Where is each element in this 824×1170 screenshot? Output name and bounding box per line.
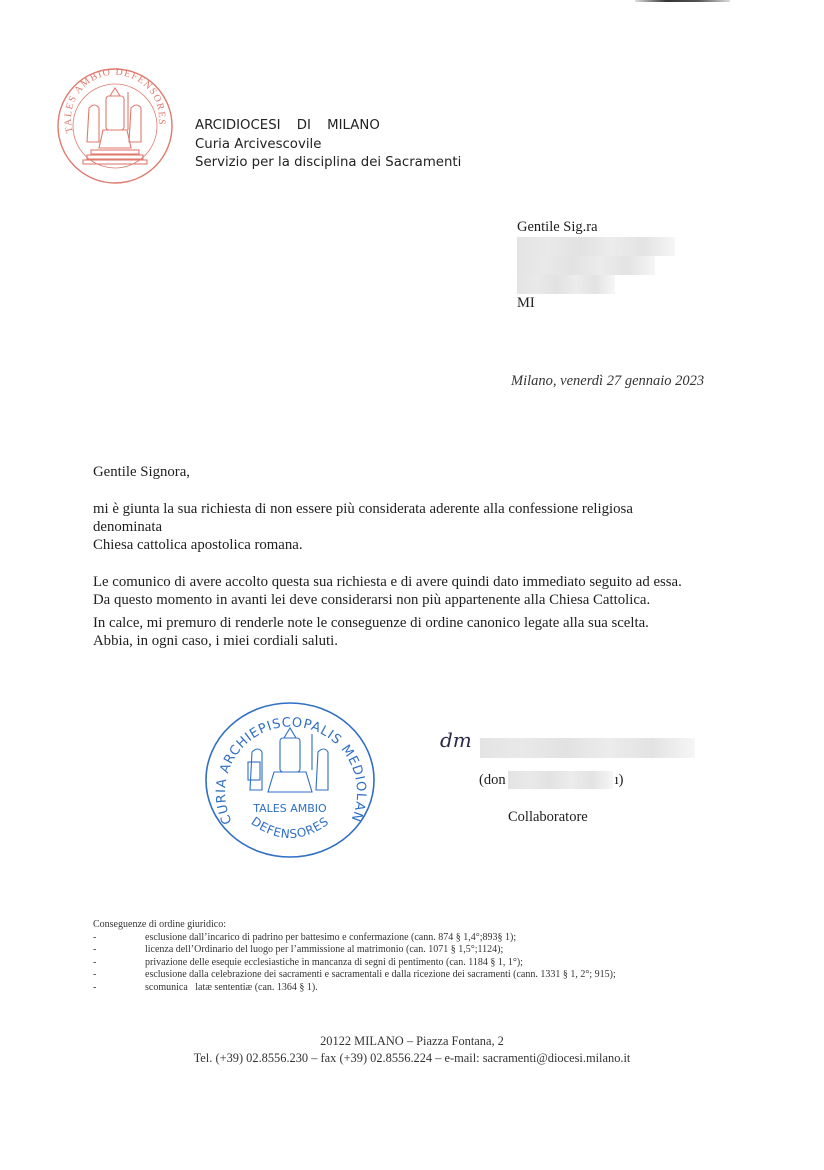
signatory-prefix: (don [479,772,506,789]
curia-stamp-icon: CURIA ARCHIEPISCOPALIS MEDIOLANI TALES A… [202,700,377,860]
paragraph-line: Chiesa cattolica apostolica romana. [93,536,633,554]
letterhead-diocese: ARCIDIOCESI DI MILANO [195,117,461,136]
list-item: -licenza dell’Ordinario del luogo per l’… [93,944,616,957]
legal-consequences: Conseguenze di ordine giuridico: -esclus… [93,919,616,995]
paragraph-line: Le comunico di avere accolto questa sua … [93,573,682,591]
recipient-block: Gentile Sig.ra MI [517,218,675,313]
signatory-name: (don ı) [479,771,623,789]
letterhead: ARCIDIOCESI DI MILANO Curia Arcivescovil… [195,117,461,173]
diocese-seal-icon: TALES AMBIO DEFENSORES [55,66,175,186]
paragraph-line: In calce, mi premuro di renderle note le… [93,614,649,632]
redacted-signature-name [480,738,695,758]
scan-artifact [635,0,730,2]
letterhead-curia: Curia Arcivescovile [195,136,461,155]
footer-contacts: Tel. (+39) 02.8556.230 – fax (+39) 02.85… [0,1050,824,1067]
list-item: -esclusione dall’incarico di padrino per… [93,932,616,945]
letter-date: Milano, venerdì 27 gennaio 2023 [511,373,704,390]
paragraph-request: mi è giunta la sua richiesta di non esse… [93,500,633,554]
redacted-name [517,237,675,256]
paragraph-line: denominata [93,518,633,536]
list-item: -scomunica latæ sententiæ (can. 1364 § 1… [93,982,616,995]
redacted-postal [517,275,615,294]
handwritten-signature: dm [440,728,472,752]
notes-title: Conseguenze di ordine giuridico: [93,919,616,932]
greeting: Gentile Signora, [93,463,190,481]
svg-text:DEFENSORES: DEFENSORES [249,814,332,841]
list-item: -esclusione dalla celebrazione dei sacra… [93,969,616,982]
paragraph-line: mi è giunta la sua richiesta di non esse… [93,500,633,518]
recipient-salutation: Gentile Sig.ra [517,218,675,237]
paragraph-acceptance: Le comunico di avere accolto questa sua … [93,573,682,609]
svg-text:TALES AMBIO DEFENSORES: TALES AMBIO DEFENSORES [63,67,167,134]
footer: 20122 MILANO – Piazza Fontana, 2 Tel. (+… [0,1033,824,1067]
signatory-role: Collaboratore [508,809,588,826]
paragraph-line: Abbia, in ogni caso, i miei cordiali sal… [93,632,649,650]
paragraph-line: Da questo momento in avanti lei deve con… [93,591,682,609]
redacted-street [517,256,655,275]
list-item: -privazione delle esequie ecclesiastiche… [93,957,616,970]
svg-text:TALES AMBIO: TALES AMBIO [252,802,327,815]
footer-address: 20122 MILANO – Piazza Fontana, 2 [0,1033,824,1050]
letterhead-service: Servizio per la disciplina dei Sacrament… [195,154,461,173]
redacted-signatory [508,771,613,789]
signatory-suffix: ı) [615,772,624,789]
paragraph-closing: In calce, mi premuro di renderle note le… [93,614,649,650]
recipient-city: MI [517,294,675,313]
